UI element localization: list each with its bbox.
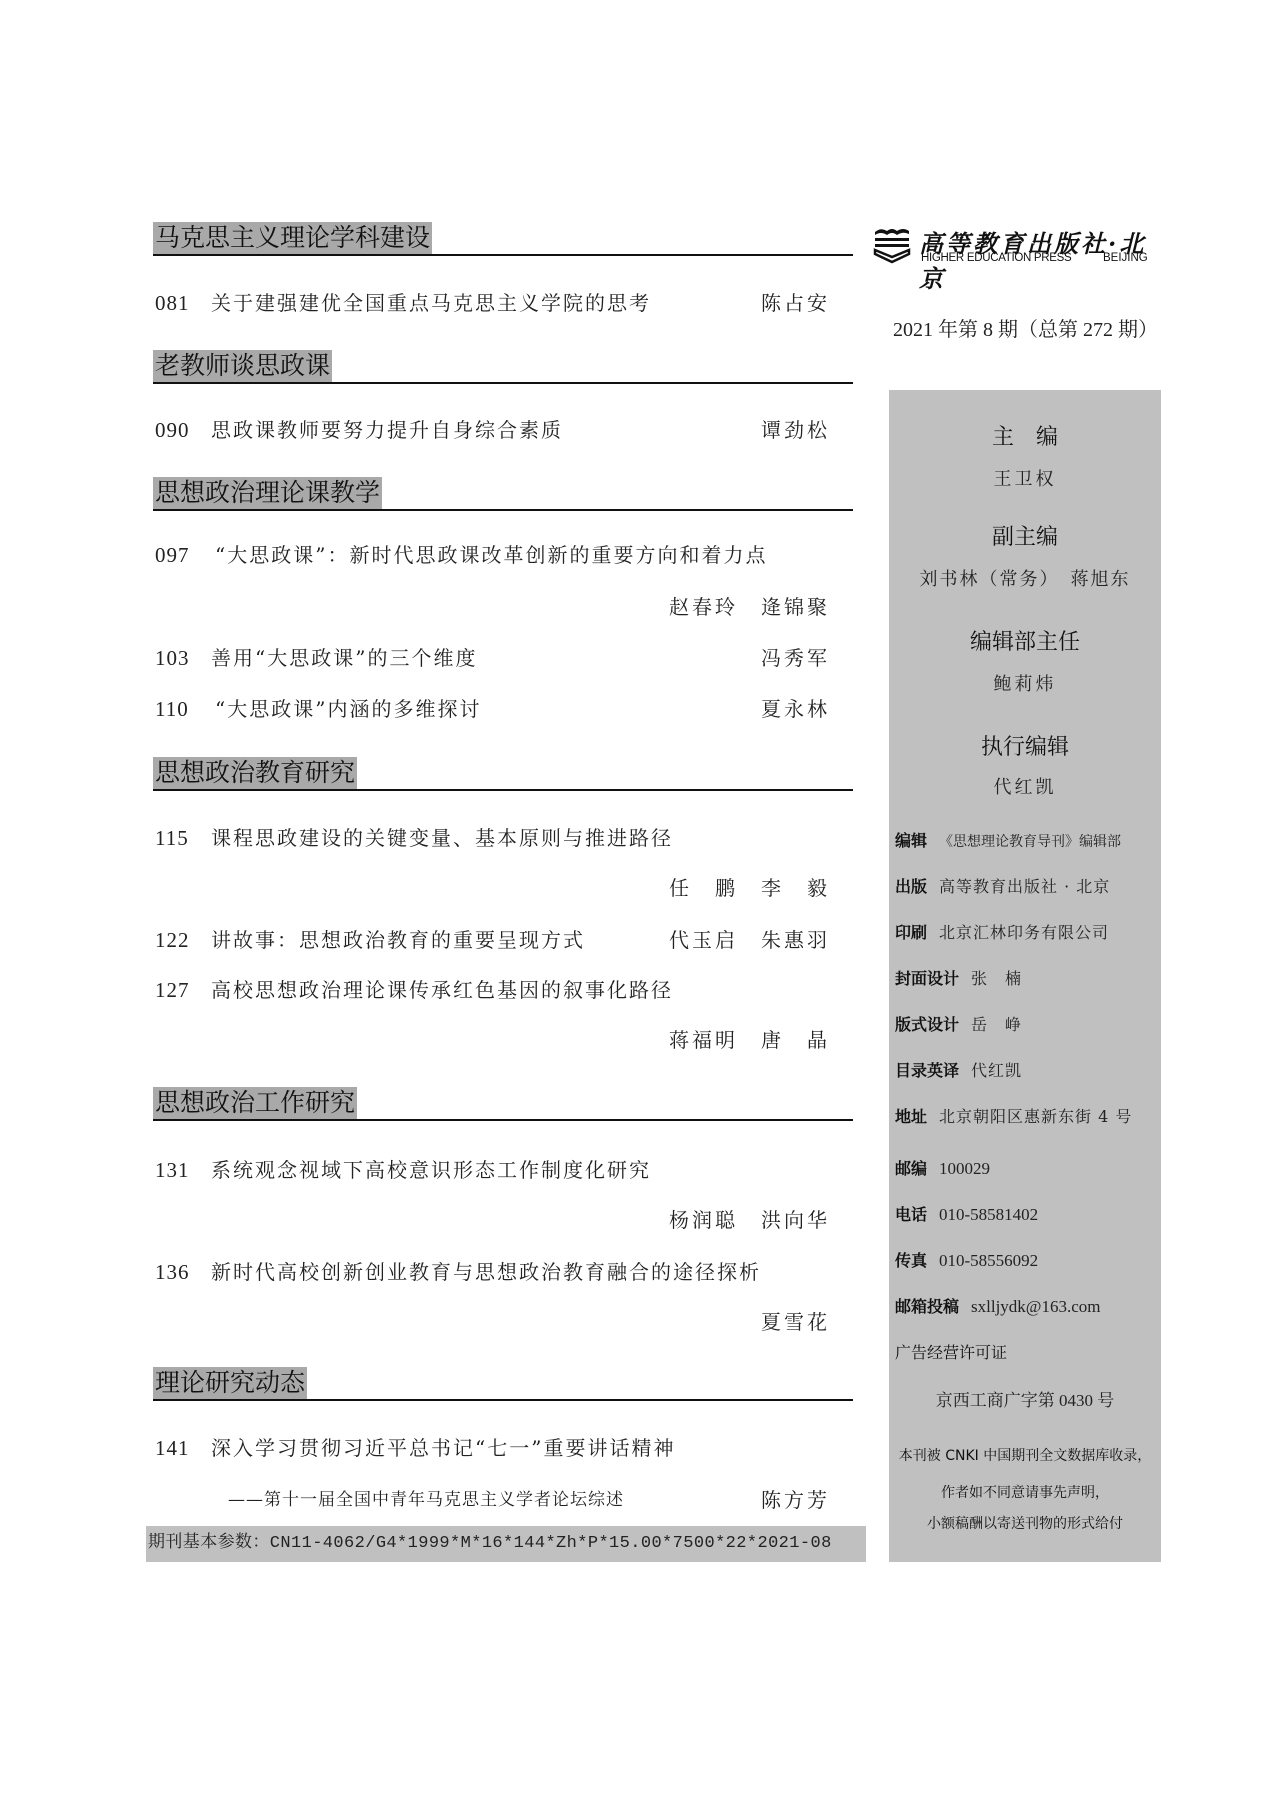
info-label: 目录英译 — [895, 1061, 959, 1080]
notice-line: 本刊被 CNKI 中国期刊全文数据库收录， — [889, 1445, 1161, 1465]
role-editor-in-chief: 主 编 — [889, 420, 1161, 451]
toc-entry[interactable]: 115 课程思政建设的关键变量、基本原则与推进路径 — [155, 823, 830, 853]
info-printer: 印刷北京汇林印务有限公司 — [895, 920, 1161, 943]
article-subtitle: ——第十一届全国中青年马克思主义学者论坛综述 — [228, 1485, 624, 1515]
toc-entry-authors: 任 鹏 李 毅 — [155, 873, 830, 903]
article-title: “大思政课”：新时代思政课改革创新的重要方向和着力点 — [215, 540, 767, 570]
issue-number: 2021 年第 8 期（总第 272 期） — [893, 313, 1155, 342]
page-number: 097 — [155, 540, 190, 570]
article-author: 谭劲松 — [761, 415, 830, 445]
section-heading-label: 思想政治理论课教学 — [153, 477, 382, 509]
page-number: 103 — [155, 643, 190, 673]
info-toc-translation: 目录英译代红凯 — [895, 1058, 1161, 1081]
info-value: 代红凯 — [971, 1061, 1022, 1080]
section-heading-label: 马克思主义理论学科建设 — [153, 222, 432, 254]
info-value: 北京朝阳区惠新东街 4 号 — [939, 1107, 1132, 1126]
article-title: 思政课教师要努力提升自身综合素质 — [211, 415, 563, 445]
page-number: 131 — [155, 1155, 190, 1185]
role-deputy-editor: 副主编 — [889, 520, 1161, 551]
masthead-panel: 主 编 王卫权 副主编 刘书林（常务） 蒋旭东 编辑部主任 鲍莉炜 执行编辑 代… — [889, 390, 1161, 1562]
info-label: 印刷 — [895, 923, 927, 942]
toc-entry-authors: 杨润聪 洪向华 — [155, 1205, 830, 1235]
info-ad-license: 广告经营许可证 — [895, 1340, 1161, 1363]
info-label: 邮编 — [895, 1159, 927, 1178]
article-title: 系统观念视域下高校意识形态工作制度化研究 — [211, 1155, 651, 1185]
page-number: 136 — [155, 1257, 190, 1287]
role-editorial-director: 编辑部主任 — [889, 625, 1161, 656]
info-label: 邮箱投稿 — [895, 1297, 959, 1316]
section-heading-ideological-education-research: 思想政治教育研究 — [153, 757, 853, 791]
section-heading-label: 理论研究动态 — [153, 1367, 307, 1399]
info-label: 版式设计 — [895, 1015, 959, 1034]
info-label: 电话 — [895, 1205, 927, 1224]
info-editing: 编辑《思想理论教育导刊》编辑部 — [895, 828, 1161, 851]
section-heading-ideological-course-teaching: 思想政治理论课教学 — [153, 477, 853, 511]
section-heading-ideological-work-research: 思想政治工作研究 — [153, 1087, 853, 1121]
toc-entry-authors: 蒋福明 唐 晶 — [155, 1025, 830, 1055]
toc-entry-authors: 赵春玲 逄锦聚 — [155, 592, 830, 622]
article-author: 陈方芳 — [761, 1485, 830, 1515]
page-number: 110 — [155, 694, 189, 724]
section-heading-label: 老教师谈思政课 — [153, 350, 332, 382]
info-label: 封面设计 — [895, 969, 959, 988]
notice-line: 小额稿酬以寄送刊物的形式给付 — [889, 1513, 1161, 1533]
publisher-logo-icon — [873, 226, 911, 264]
info-value: 100029 — [939, 1159, 990, 1178]
section-heading-label: 思想政治工作研究 — [153, 1087, 357, 1119]
toc-entry[interactable]: 103 善用“大思政课”的三个维度 冯秀军 — [155, 643, 830, 673]
article-title: 课程思政建设的关键变量、基本原则与推进路径 — [211, 823, 673, 853]
info-label: 广告经营许可证 — [895, 1343, 1007, 1362]
article-author: 冯秀军 — [761, 643, 830, 673]
section-heading-marxism-discipline: 马克思主义理论学科建设 — [153, 222, 853, 256]
section-heading-label: 思想政治教育研究 — [153, 757, 357, 789]
deputy-editor-names: 刘书林（常务） 蒋旭东 — [889, 565, 1161, 591]
info-address: 地址北京朝阳区惠新东街 4 号 — [895, 1104, 1161, 1127]
page-number: 122 — [155, 925, 190, 955]
info-value: 010-58556092 — [939, 1251, 1038, 1270]
article-title: 新时代高校创新创业教育与思想政治教育融合的途径探析 — [211, 1257, 761, 1287]
article-title: 高校思想政治理论课传承红色基因的叙事化路径 — [211, 975, 673, 1005]
article-author: 赵春玲 逄锦聚 — [669, 592, 830, 622]
info-label: 编辑 — [895, 831, 927, 850]
article-author: 蒋福明 唐 晶 — [669, 1025, 830, 1055]
submission-email-link[interactable]: sxlljydk@163.com — [971, 1297, 1100, 1316]
toc-entry-authors: 夏雪花 — [155, 1307, 830, 1337]
info-fax: 传真010-58556092 — [895, 1248, 1161, 1271]
article-author: 任 鹏 李 毅 — [669, 873, 830, 903]
article-author: 陈占安 — [761, 288, 830, 318]
info-layout-design: 版式设计岳 峥 — [895, 1012, 1161, 1035]
editor-in-chief-name: 王卫权 — [889, 465, 1161, 491]
info-value: 《思想理论教育导刊》编辑部 — [939, 834, 1121, 850]
toc-entry[interactable]: 090 思政课教师要努力提升自身综合素质 谭劲松 — [155, 415, 830, 445]
executive-editor-name: 代红凯 — [889, 773, 1161, 799]
page-number: 115 — [155, 823, 189, 853]
toc-entry[interactable]: 097 “大思政课”：新时代思政课改革创新的重要方向和着力点 — [155, 540, 830, 570]
section-heading-theory-research-trends: 理论研究动态 — [153, 1367, 853, 1401]
info-value: 岳 峥 — [971, 1015, 1022, 1034]
info-value: 北京汇林印务有限公司 — [939, 923, 1109, 942]
toc-entry[interactable]: 131 系统观念视域下高校意识形态工作制度化研究 — [155, 1155, 830, 1185]
toc-entry[interactable]: 136 新时代高校创新创业教育与思想政治教育融合的途径探析 — [155, 1257, 830, 1287]
info-value: 高等教育出版社 · 北京 — [939, 877, 1110, 896]
article-title: “大思政课”内涵的多维探讨 — [215, 694, 481, 724]
article-title: 讲故事：思想政治教育的重要呈现方式 — [211, 925, 585, 955]
publisher-name-en: HIGHER EDUCATION PRESS — [921, 252, 1071, 264]
role-executive-editor: 执行编辑 — [889, 730, 1161, 761]
info-cover-design: 封面设计张 楠 — [895, 966, 1161, 989]
publisher-city-en: BEIJING — [1103, 252, 1148, 264]
toc-entry[interactable]: 127 高校思想政治理论课传承红色基因的叙事化路径 — [155, 975, 830, 1005]
info-label: 传真 — [895, 1251, 927, 1270]
article-author: 代玉启 朱惠羽 — [669, 925, 830, 955]
info-label: 出版 — [895, 877, 927, 896]
journal-parameters: 期刊基本参数：CN11-4062/G4*1999*M*16*144*Zh*P*1… — [146, 1526, 866, 1562]
article-author: 夏雪花 — [761, 1307, 830, 1337]
article-author: 夏永林 — [761, 694, 830, 724]
page-number: 090 — [155, 415, 190, 445]
info-value: 张 楠 — [971, 969, 1022, 988]
info-value: 010-58581402 — [939, 1205, 1038, 1224]
info-phone: 电话010-58581402 — [895, 1202, 1161, 1225]
toc-entry-subtitle: ——第十一届全国中青年马克思主义学者论坛综述 陈方芳 — [155, 1485, 830, 1515]
page-number: 127 — [155, 975, 190, 1005]
ad-license-number: 京西工商广字第 0430 号 — [889, 1386, 1161, 1411]
article-title: 善用“大思政课”的三个维度 — [211, 643, 477, 673]
toc-entry[interactable]: 110 “大思政课”内涵的多维探讨 夏永林 — [155, 694, 830, 724]
article-title: 深入学习贯彻习近平总书记“七一”重要讲话精神 — [211, 1433, 675, 1463]
toc-entry[interactable]: 081 关于建强建优全国重点马克思主义学院的思考 陈占安 — [155, 288, 830, 318]
article-title: 关于建强建优全国重点马克思主义学院的思考 — [211, 288, 651, 318]
editorial-director-name: 鲍莉炜 — [889, 670, 1161, 696]
notice-line: 作者如不同意请事先声明， — [889, 1482, 1161, 1502]
toc-entry[interactable]: 122 讲故事：思想政治教育的重要呈现方式 代玉启 朱惠羽 — [155, 925, 830, 955]
page-number: 141 — [155, 1433, 190, 1463]
publisher-logo: 高等教育出版社·北京 HIGHER EDUCATION PRESS BEIJIN… — [873, 226, 1163, 268]
article-author: 杨润聪 洪向华 — [669, 1205, 830, 1235]
toc-entry[interactable]: 141 深入学习贯彻习近平总书记“七一”重要讲话精神 — [155, 1433, 830, 1463]
info-postcode: 邮编100029 — [895, 1156, 1161, 1179]
info-publisher: 出版高等教育出版社 · 北京 — [895, 874, 1161, 897]
section-heading-veteran-teachers: 老教师谈思政课 — [153, 350, 853, 384]
page-number: 081 — [155, 288, 190, 318]
info-submission-email: 邮箱投稿sxlljydk@163.com — [895, 1294, 1161, 1317]
info-label: 地址 — [895, 1107, 927, 1126]
